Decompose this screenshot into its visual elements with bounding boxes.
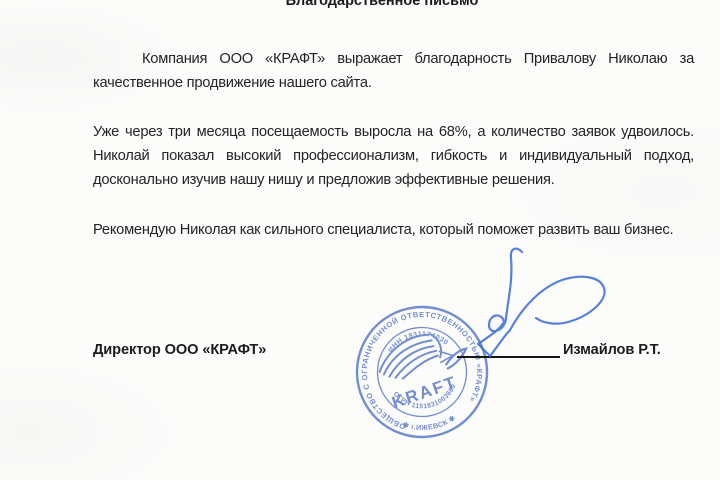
document-page: Благодарственное письмо Компания ООО «КР… [0,0,720,480]
signature-scribble [478,249,605,356]
paragraph-results: Уже через три месяца посещаемость выросл… [93,120,694,192]
letter-title: Благодарственное письмо [282,0,482,9]
handwritten-signature [440,238,640,373]
director-label: Директор ООО «КРАФТ» [93,342,266,358]
paragraph-company-thanks: Компания ООО «КРАФТ» выражает благодарно… [93,47,694,95]
